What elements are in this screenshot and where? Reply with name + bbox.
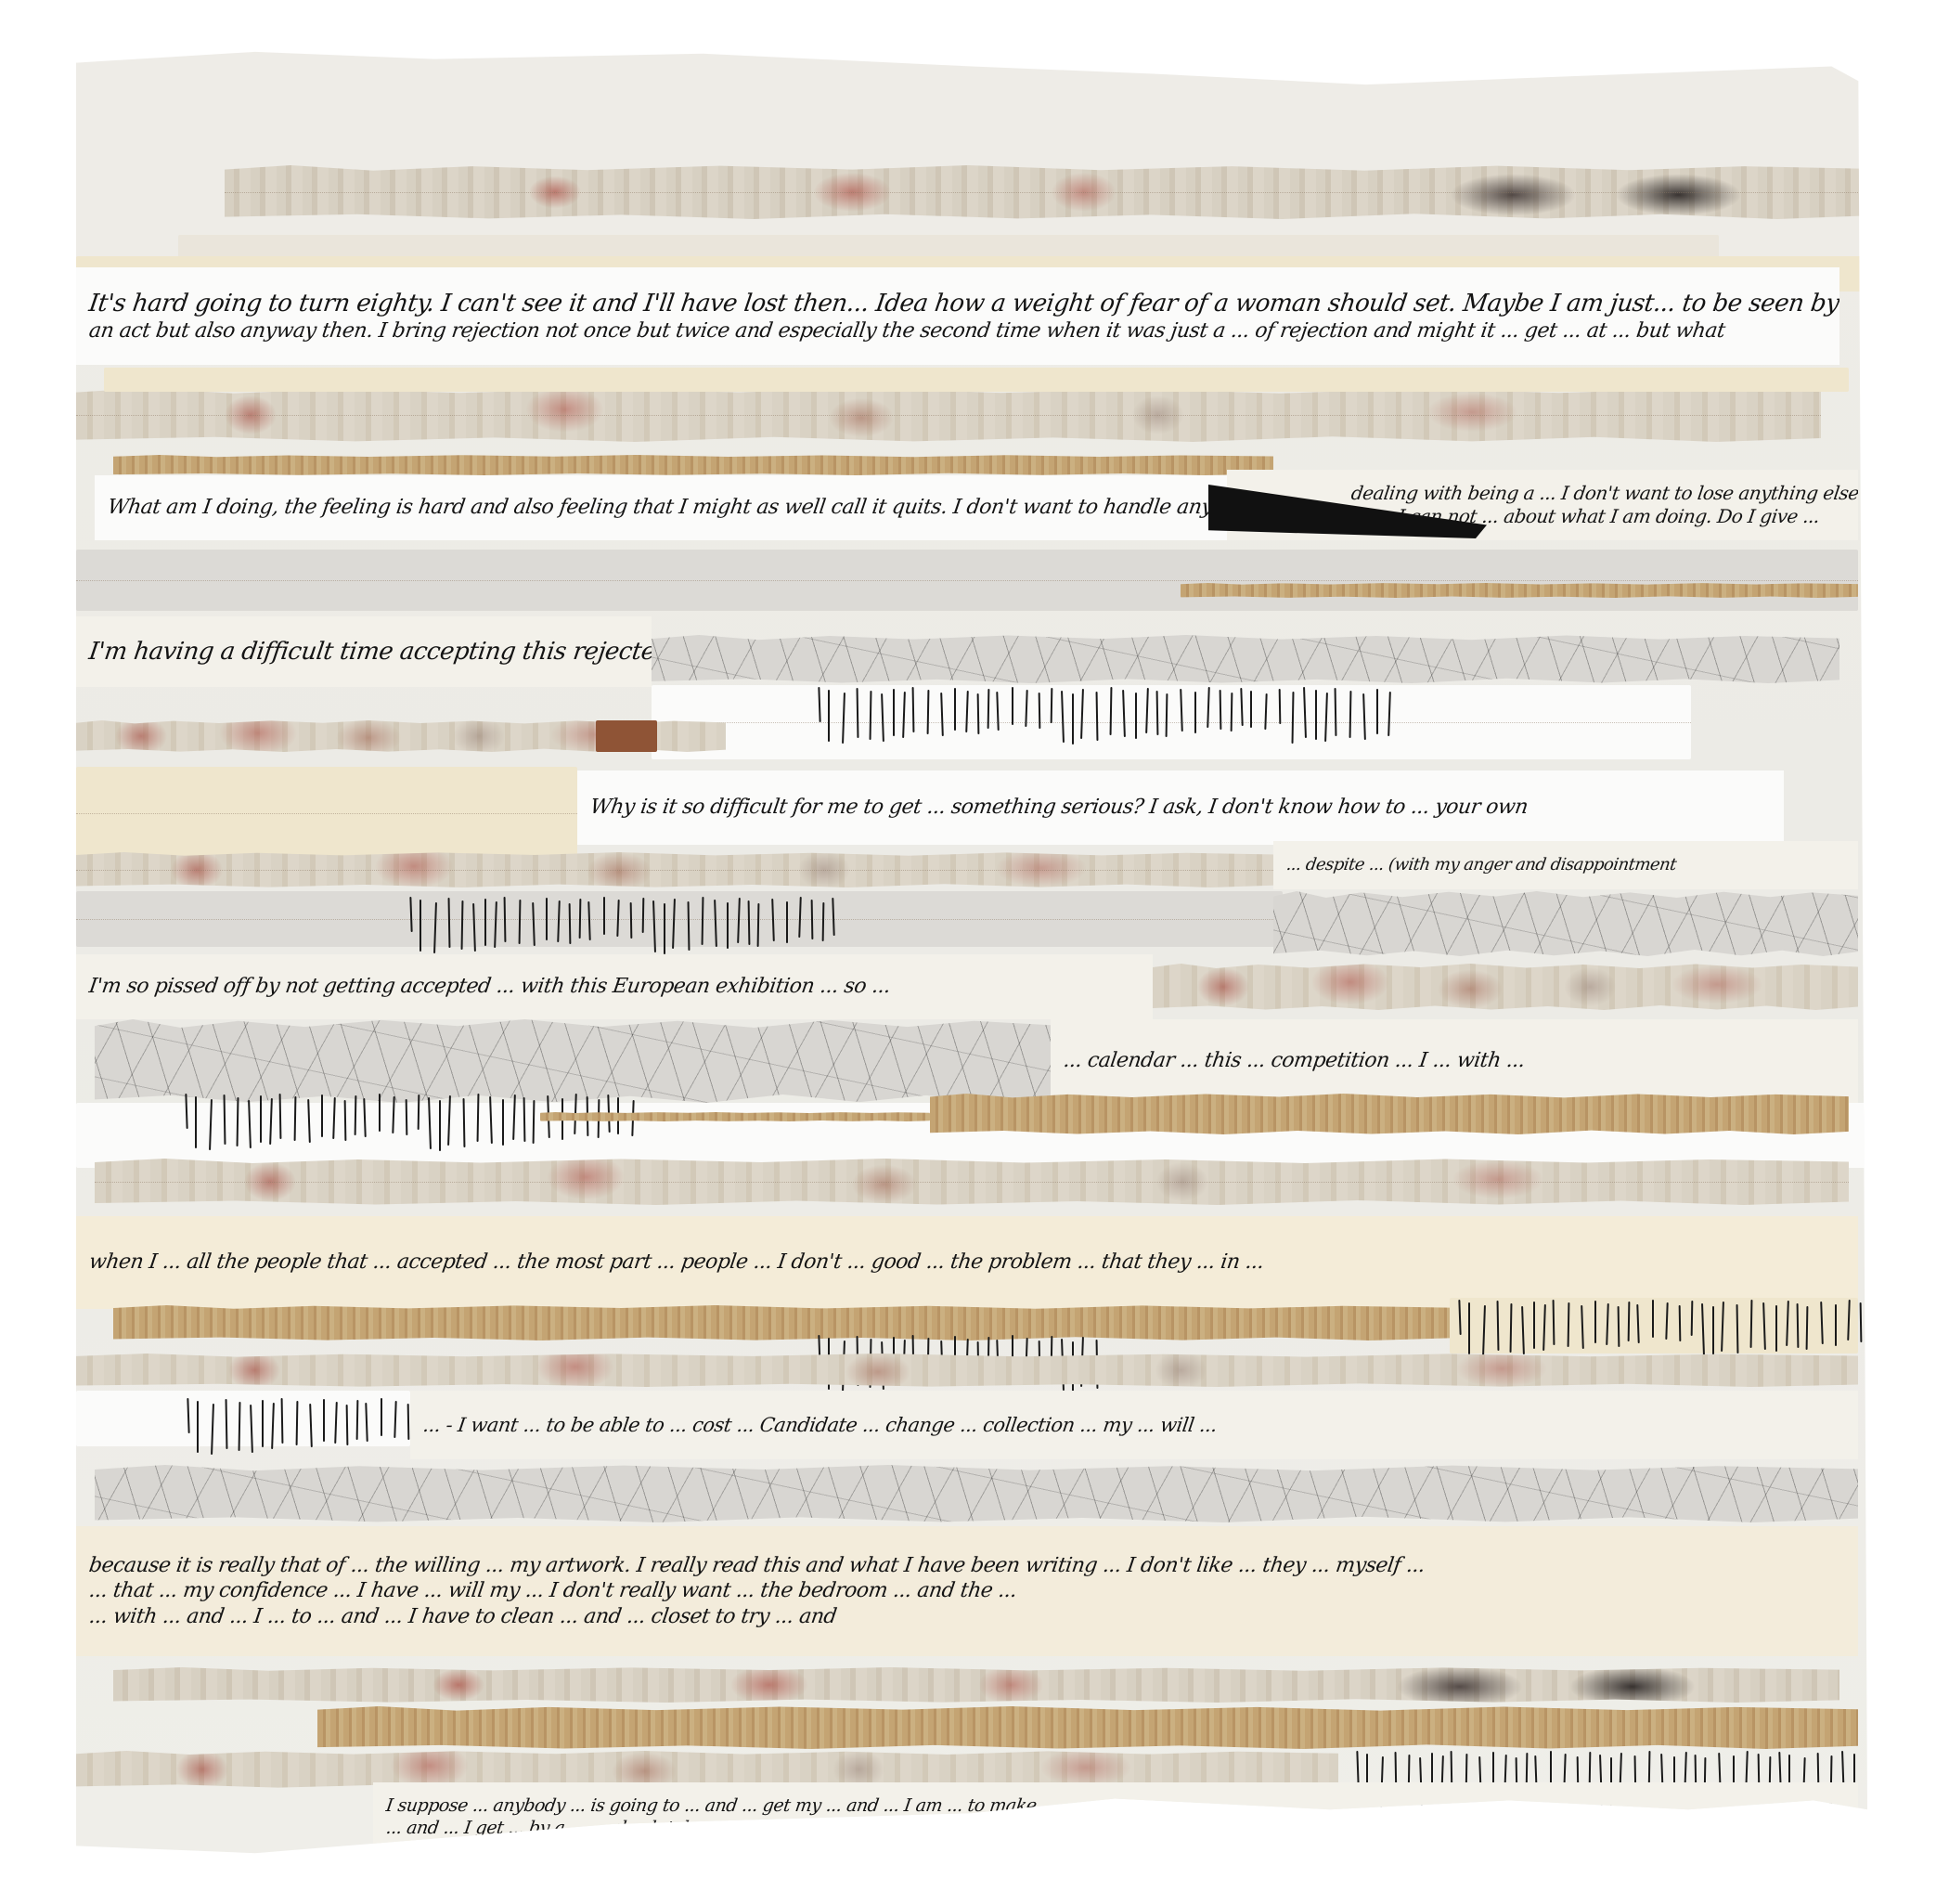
handwritten-line: when I ... all the people that ... accep… xyxy=(87,1250,1847,1276)
tally-stitch xyxy=(279,1094,282,1139)
tally-stitch xyxy=(1349,691,1352,738)
rust-fabric-patch xyxy=(596,720,657,752)
handwritten-line: because it is really that of ... the wil… xyxy=(87,1553,1847,1579)
tally-stitch xyxy=(569,903,572,944)
tally-stitch xyxy=(1122,690,1126,737)
tally-stitch xyxy=(1292,692,1295,744)
tally-stitch xyxy=(323,1399,325,1442)
tally-stitch xyxy=(1482,1305,1486,1356)
tally-stitch xyxy=(1356,1751,1359,1786)
tally-stitch xyxy=(461,900,464,950)
tally-stitch xyxy=(1110,687,1113,735)
crackle-fabric-strip xyxy=(1273,891,1858,956)
tally-stitch xyxy=(1362,693,1366,740)
tally-stitch xyxy=(307,1099,311,1143)
tally-stitch xyxy=(1736,1304,1739,1354)
handwritten-line: What am I doing, the feeling is hard and… xyxy=(106,495,1216,521)
tally-stitch xyxy=(630,902,633,939)
tally-stitch xyxy=(1628,1302,1631,1341)
tally-stitch xyxy=(239,1402,241,1451)
tally-stitch xyxy=(1497,1301,1500,1351)
tally-stitch xyxy=(1847,1300,1851,1341)
tally-stitch xyxy=(1820,1302,1824,1344)
tally-stitch xyxy=(965,691,969,732)
tally-stitch xyxy=(546,898,548,940)
tally-stitch xyxy=(346,1405,349,1445)
grey-fabric-strip xyxy=(76,550,1858,611)
handwritten-text-strip: when I ... all the people that ... accep… xyxy=(76,1216,1858,1309)
tally-stitch xyxy=(519,900,522,944)
tally-stitch xyxy=(494,901,497,948)
tally-stitch xyxy=(489,1096,493,1144)
tally-stitch xyxy=(294,1096,297,1141)
tally-stitch xyxy=(532,902,536,946)
tally-stitch xyxy=(1468,1302,1470,1354)
tally-stitch xyxy=(757,903,760,947)
tally-stitch xyxy=(1315,690,1317,740)
tally-stitch xyxy=(881,693,884,742)
tan-fabric-strip xyxy=(930,1094,1849,1134)
tally-stitch xyxy=(786,901,788,943)
tally-stitch xyxy=(1458,1300,1461,1335)
stained-fabric-strip xyxy=(95,1159,1849,1205)
tally-stitch xyxy=(211,1404,214,1455)
tally-stitch xyxy=(1220,690,1222,730)
tally-stitch xyxy=(642,898,645,933)
tally-stitch xyxy=(1797,1303,1800,1348)
tally-stitch xyxy=(1072,693,1074,745)
tally-stitch xyxy=(603,897,605,935)
tally-stitch xyxy=(1618,1306,1620,1347)
tally-stitch xyxy=(737,898,741,943)
tally-stitch xyxy=(1521,1306,1525,1354)
tally-stitch xyxy=(664,903,665,954)
tally-stitch xyxy=(1533,1302,1535,1349)
tally-stitch xyxy=(1553,1300,1555,1345)
handwritten-line: ... with ... and ... I ... to ... and ..… xyxy=(87,1604,1847,1630)
tally-stitch xyxy=(504,897,507,942)
tally-stitch xyxy=(448,898,451,948)
tan-fabric-strip xyxy=(1181,583,1858,598)
tally-stitch xyxy=(1542,1304,1546,1351)
tally-stitch xyxy=(987,689,990,729)
stained-fabric-strip xyxy=(76,852,1283,887)
handwritten-line: I suppose ... anybody ... is going to ..… xyxy=(384,1795,1846,1818)
stained-fabric-strip xyxy=(76,388,1821,442)
tally-stitch xyxy=(381,1398,382,1436)
handwritten-line: dealing with being a ... I don't want to… xyxy=(1238,482,1847,505)
tally-stitch xyxy=(1665,1302,1668,1340)
tally-stitch xyxy=(1775,1305,1777,1352)
tally-stitch xyxy=(672,899,676,949)
tally-stitch xyxy=(392,1096,394,1133)
tan-fabric-strip xyxy=(317,1706,1858,1749)
tan-fabric-strip xyxy=(113,455,1273,475)
tally-stitch xyxy=(1207,687,1210,728)
handwritten-line: ... calendar ... this ... competition ..… xyxy=(1062,1048,1847,1074)
handwritten-text-strip: because it is really that of ... the wil… xyxy=(76,1526,1858,1656)
cream-fabric-strip xyxy=(76,767,577,860)
tally-stitch xyxy=(296,1401,299,1445)
tally-stitch xyxy=(748,900,751,945)
handwritten-text-strip: I'm so pissed off by not getting accepte… xyxy=(76,954,1153,1019)
handwritten-text-strip: ... - I want ... to be able to ... cost … xyxy=(410,1391,1858,1459)
stitched-tally-marks xyxy=(186,1094,646,1151)
handwritten-line: Why is it so difficult for me to get ...… xyxy=(588,795,1773,821)
tally-stitch xyxy=(523,1097,526,1142)
stitched-tally-marks xyxy=(410,897,842,954)
tally-stitch xyxy=(379,1094,381,1132)
tally-stitch xyxy=(954,688,956,731)
tally-stitch xyxy=(250,1405,253,1453)
tally-stitch xyxy=(197,1401,199,1453)
cream-fabric-strip xyxy=(104,368,1849,392)
tally-stitch xyxy=(356,1400,359,1440)
stitched-tally-marks xyxy=(1459,1300,1871,1357)
tally-stitch xyxy=(439,1100,441,1151)
tally-stitch xyxy=(714,900,717,947)
tally-stitch xyxy=(418,1094,420,1130)
handwritten-text-strip: Why is it so difficult for me to get ...… xyxy=(577,771,1784,845)
tally-stitch xyxy=(902,692,906,738)
tally-stitch xyxy=(828,690,830,742)
tally-stitch xyxy=(1231,693,1233,732)
tally-stitch xyxy=(1581,1305,1584,1349)
tally-stitch xyxy=(1250,691,1252,728)
tally-stitch xyxy=(262,1400,264,1447)
tally-stitch xyxy=(912,687,915,732)
handwritten-line: ... that ... my confidence ... I have ..… xyxy=(87,1578,1847,1604)
tally-stitch xyxy=(332,1097,336,1139)
tally-stitch xyxy=(185,1094,187,1129)
tally-stitch xyxy=(1388,692,1391,736)
tally-stitch xyxy=(1636,1304,1639,1343)
tally-stitch xyxy=(1691,1301,1694,1336)
tally-stitch xyxy=(1279,689,1282,724)
stained-fabric-strip xyxy=(113,1667,1839,1703)
tally-stitch xyxy=(224,1094,226,1145)
tally-stitch xyxy=(248,1100,252,1148)
tally-stitch xyxy=(365,1403,368,1442)
tally-stitch xyxy=(1025,690,1027,727)
tally-stitch xyxy=(798,897,802,938)
tally-stitch xyxy=(579,899,582,939)
tally-stitch xyxy=(927,690,930,734)
tally-stitch xyxy=(1750,1300,1753,1348)
tally-stitch xyxy=(832,898,834,936)
crackle-fabric-strip xyxy=(652,635,1839,683)
handwritten-text-strip: I'm having a difficult time accepting th… xyxy=(76,616,652,687)
tally-stitch xyxy=(1303,687,1307,738)
handwritten-text-strip: ... despite ... (with my anger and disap… xyxy=(1273,841,1858,889)
tally-stitch xyxy=(1012,687,1013,725)
handwritten-line: ... - I want ... to be able to ... cost … xyxy=(421,1413,1847,1437)
tan-fabric-strip xyxy=(113,1305,1450,1341)
tally-stitch xyxy=(1701,1303,1705,1355)
tally-stitch xyxy=(870,691,872,740)
tally-stitch xyxy=(269,1098,273,1145)
handwritten-line: ... and ... I get ... by a ... ... absol… xyxy=(384,1818,1846,1840)
tally-stitch xyxy=(502,1099,504,1146)
tally-stitch xyxy=(447,1095,451,1146)
tally-stitch xyxy=(587,901,590,940)
tally-stitch xyxy=(1194,692,1196,733)
tally-stitch xyxy=(477,1094,480,1142)
handwritten-line: I'm having a difficult time accepting th… xyxy=(87,637,641,667)
tally-stitch xyxy=(1721,1302,1724,1352)
tally-stitch xyxy=(433,902,437,953)
tally-stitch xyxy=(409,897,412,932)
tally-stitch xyxy=(1568,1302,1570,1347)
tally-stitch xyxy=(557,900,561,942)
tally-stitch xyxy=(428,1097,432,1149)
tally-stitch xyxy=(940,693,944,736)
tally-stitch xyxy=(1096,692,1099,741)
stained-fabric-strip xyxy=(1153,964,1858,1010)
tally-stitch xyxy=(771,899,775,941)
tally-stitch xyxy=(811,900,814,939)
tally-stitch xyxy=(1335,688,1337,736)
tally-stitch xyxy=(857,688,859,738)
tally-stitch xyxy=(271,1403,275,1449)
tally-stitch xyxy=(1606,1303,1609,1345)
tally-stitch xyxy=(977,693,980,734)
tally-stitch xyxy=(616,900,619,937)
tally-stitch xyxy=(1510,1303,1513,1353)
tally-stitch xyxy=(1039,693,1041,729)
tally-stitch xyxy=(893,689,895,736)
tally-stitch xyxy=(1156,691,1159,735)
tally-stitch xyxy=(344,1100,347,1141)
tally-stitch xyxy=(1786,1301,1789,1346)
tally-stitch xyxy=(533,1100,536,1144)
tan-fabric-strip xyxy=(540,1112,930,1121)
tally-stitch xyxy=(321,1094,323,1137)
tally-stitch xyxy=(1376,689,1378,734)
tally-stitch xyxy=(1324,693,1328,742)
stitched-tally-marks xyxy=(819,687,1400,745)
tally-stitch xyxy=(996,692,999,731)
tally-stitch xyxy=(281,1398,284,1444)
tally-stitch xyxy=(472,903,476,952)
crackle-fabric-strip xyxy=(95,1019,1051,1103)
tally-stitch xyxy=(1806,1306,1809,1350)
handwritten-line: I'm so pissed off by not getting accepte… xyxy=(87,974,1142,1000)
tally-stitch xyxy=(702,897,704,945)
tally-stitch xyxy=(363,1098,366,1137)
tally-stitch xyxy=(484,899,486,946)
tally-stitch xyxy=(727,902,729,949)
tally-stitch xyxy=(355,1095,357,1135)
textile-artwork: It's hard going to turn eighty. I can't … xyxy=(76,45,1867,1864)
tally-stitch xyxy=(1860,1302,1863,1342)
handwritten-text-strip: ... calendar ... this ... competition ..… xyxy=(1051,1019,1858,1103)
tally-stitch xyxy=(1594,1301,1596,1343)
crackle-fabric-strip xyxy=(95,1465,1858,1522)
tally-stitch xyxy=(187,1398,189,1433)
tally-stitch xyxy=(842,693,845,744)
tally-stitch xyxy=(1712,1306,1714,1357)
tally-stitch xyxy=(1240,688,1243,726)
stitched-tally-marks xyxy=(187,1398,431,1455)
stained-fabric-strip xyxy=(225,165,1877,219)
tally-stitch xyxy=(195,1096,197,1148)
handwritten-text-strip: I suppose ... anybody ... is going to ..… xyxy=(373,1782,1858,1853)
handwritten-line: It's hard going to turn eighty. I can't … xyxy=(87,289,1829,319)
tally-stitch xyxy=(394,1401,396,1438)
tally-stitch xyxy=(1135,693,1137,739)
handwritten-text-strip: It's hard going to turn eighty. I can't … xyxy=(76,267,1839,365)
tally-stitch xyxy=(1652,1300,1654,1338)
tally-stitch xyxy=(652,900,656,952)
tally-stitch xyxy=(1051,688,1053,723)
handwritten-line: an act but also anyway then. I bring rej… xyxy=(87,318,1828,344)
tally-stitch xyxy=(1145,688,1149,733)
tally-stitch xyxy=(1180,689,1183,732)
tally-stitch xyxy=(1264,693,1267,730)
tally-stitch xyxy=(237,1097,239,1146)
tally-stitch xyxy=(1679,1305,1682,1341)
tally-stitch xyxy=(1061,691,1065,743)
tally-stitch xyxy=(226,1399,228,1449)
stained-fabric-strip xyxy=(76,1354,1858,1387)
tally-stitch xyxy=(1080,689,1084,739)
handwritten-text-strip: What am I doing, the feeling is hard and… xyxy=(95,475,1227,540)
tally-stitch xyxy=(419,900,421,952)
tally-stitch xyxy=(1835,1304,1837,1346)
tally-stitch xyxy=(209,1099,213,1150)
tally-stitch xyxy=(822,902,825,941)
handwritten-line: ... despite ... (with my anger and disap… xyxy=(1284,855,1846,876)
tally-stitch xyxy=(818,687,820,722)
tally-stitch xyxy=(334,1402,338,1444)
tally-stitch xyxy=(1762,1302,1766,1350)
tally-stitch xyxy=(688,901,691,951)
tally-stitch xyxy=(512,1094,516,1140)
tally-stitch xyxy=(407,1404,410,1440)
tally-stitch xyxy=(463,1098,466,1147)
tally-stitch xyxy=(309,1404,313,1447)
tally-stitch xyxy=(1166,693,1168,737)
tally-stitch xyxy=(260,1095,262,1143)
tally-stitch xyxy=(406,1099,408,1135)
